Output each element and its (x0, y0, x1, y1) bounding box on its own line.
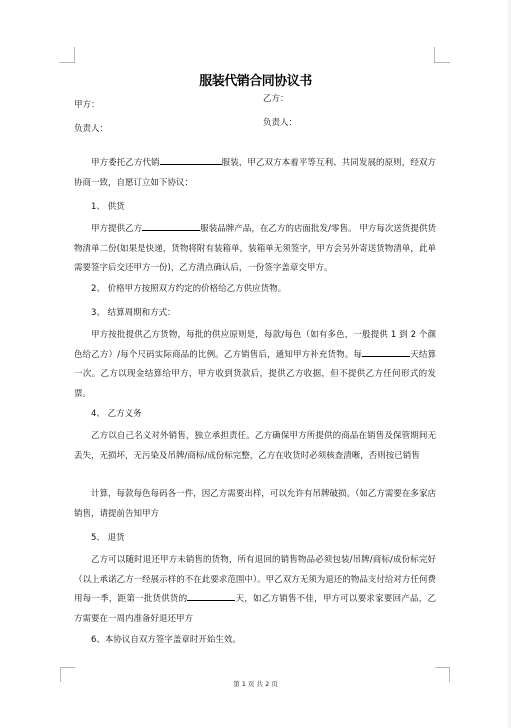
section-2-heading: 2、 价格甲方按照双方约定的价格给乙方供应货物。 (91, 282, 286, 294)
party-b-label: 乙方： (263, 92, 289, 104)
section-4-heading: 4、 乙方义务 (91, 407, 142, 419)
party-b-representative-label: 负责人： (263, 116, 297, 128)
margin-corner-top-left (59, 47, 75, 63)
page-number-footer: 第 1 页 共 2 页 (0, 679, 511, 688)
return-days-blank (187, 591, 235, 601)
party-a-label: 甲方： (74, 98, 100, 110)
document-page: 服装代销合同协议书 甲方： 乙方： 负责人： 负责人： 甲方委托乙方代销服装，甲… (0, 0, 511, 728)
intro-text-1: 甲方委托乙方代销 (91, 158, 160, 168)
section-1-text-1: 甲方提供乙方 (91, 224, 142, 234)
product-name-blank (160, 155, 222, 165)
section-5-heading: 5、 退货 (91, 531, 125, 543)
party-a-representative-label: 负责人： (74, 122, 108, 134)
section-1-body: 甲方提供乙方服装品牌产品，在乙方的店面批发/零售。 甲方每次送货提供货物清单二份… (74, 220, 436, 279)
settlement-days-blank (362, 347, 410, 357)
document-title: 服装代销合同协议书 (0, 70, 511, 89)
section-6-heading: 6、本协议自双方签字盖章时开始生效。 (91, 633, 241, 645)
section-4-body-a: 乙方以自己名义对外销售，独立承担责任。乙方确保甲方所提供的商品在销售及保管期间无… (74, 427, 436, 466)
section-3-heading: 3、 结算周期和方式： (91, 306, 176, 318)
brand-blank (142, 221, 200, 231)
intro-paragraph: 甲方委托乙方代销服装，甲乙双方本着平等互利、共同发展的原则，经双方协商一致，自愿… (74, 154, 436, 193)
page-edge-shadow (506, 0, 511, 728)
margin-corner-top-right (434, 47, 450, 63)
section-1-heading: 1、 供货 (91, 200, 125, 212)
section-5-body: 乙方可以随时退还甲方未销售的货物，所有退回的销售物品必须包装/吊牌/商标/成份标… (74, 551, 436, 629)
section-3-body: 甲方按批提供乙方货物，每批的供应原则是，每款/每色（如有多色，一般提供 1 到 … (74, 326, 436, 404)
section-4-body-b: 计算，每款每色每码各一件，因乙方需要出样，可以允许有吊牌破损。（如乙方需要在多家… (74, 485, 436, 524)
